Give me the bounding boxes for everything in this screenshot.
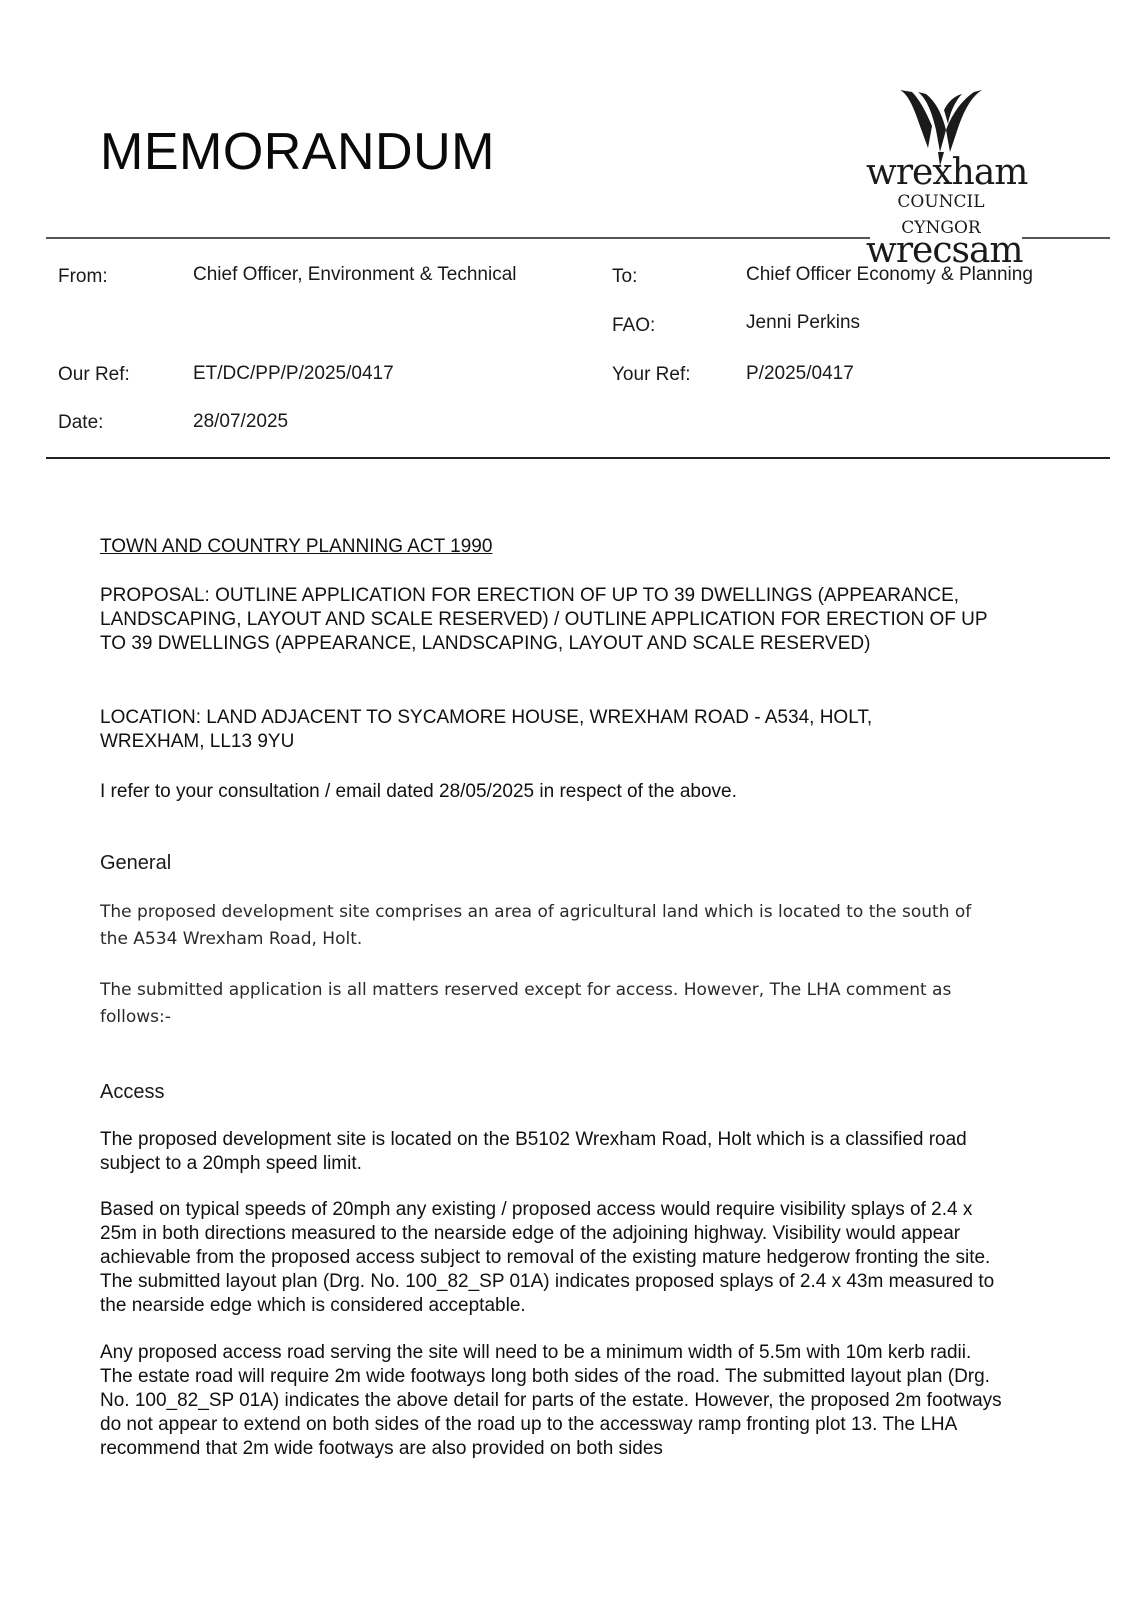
access-paragraph-3: Any proposed access road serving the sit… [100, 1341, 1005, 1461]
access-heading: Access [100, 1080, 1020, 1104]
access-paragraph-1: The proposed development site is located… [100, 1128, 1000, 1176]
date-value: 28/07/2025 [193, 411, 288, 433]
our-ref-label: Our Ref: [58, 364, 130, 386]
fao-value: Jenni Perkins [746, 312, 860, 334]
date-label: Date: [58, 412, 103, 434]
fao-label: FAO: [612, 315, 655, 337]
from-value: Chief Officer, Environment & Technical [193, 264, 517, 286]
access-paragraph-2: Based on typical speeds of 20mph any exi… [100, 1198, 1005, 1318]
our-ref-value: ET/DC/PP/P/2025/0417 [193, 363, 394, 385]
your-ref-label: Your Ref: [612, 364, 691, 386]
logo-wrexham: wrexham [866, 152, 1016, 193]
memo-title: MEMORANDUM [100, 122, 495, 182]
to-label: To: [612, 266, 637, 288]
general-paragraph-2: The submitted application is all matters… [100, 977, 980, 1031]
header-divider-right [1022, 237, 1110, 239]
intro-text: I refer to your consultation / email dat… [100, 780, 1020, 804]
logo-council: COUNCIL [866, 192, 1016, 212]
proposal-text: PROPOSAL: OUTLINE APPLICATION FOR ERECTI… [100, 584, 1010, 656]
council-logo: wrexham COUNCIL CYNGOR wrecsam [866, 86, 1016, 266]
header-divider-left [46, 237, 870, 239]
general-paragraph-1: The proposed development site comprises … [100, 899, 1000, 953]
to-value: Chief Officer Economy & Planning [746, 264, 1033, 286]
from-label: From: [58, 266, 108, 288]
general-heading: General [100, 851, 1020, 875]
fields-divider [46, 457, 1110, 459]
location-text: LOCATION: LAND ADJACENT TO SYCAMORE HOUS… [100, 706, 980, 754]
your-ref-value: P/2025/0417 [746, 363, 854, 385]
act-heading: TOWN AND COUNTRY PLANNING ACT 1990 [100, 535, 1020, 559]
